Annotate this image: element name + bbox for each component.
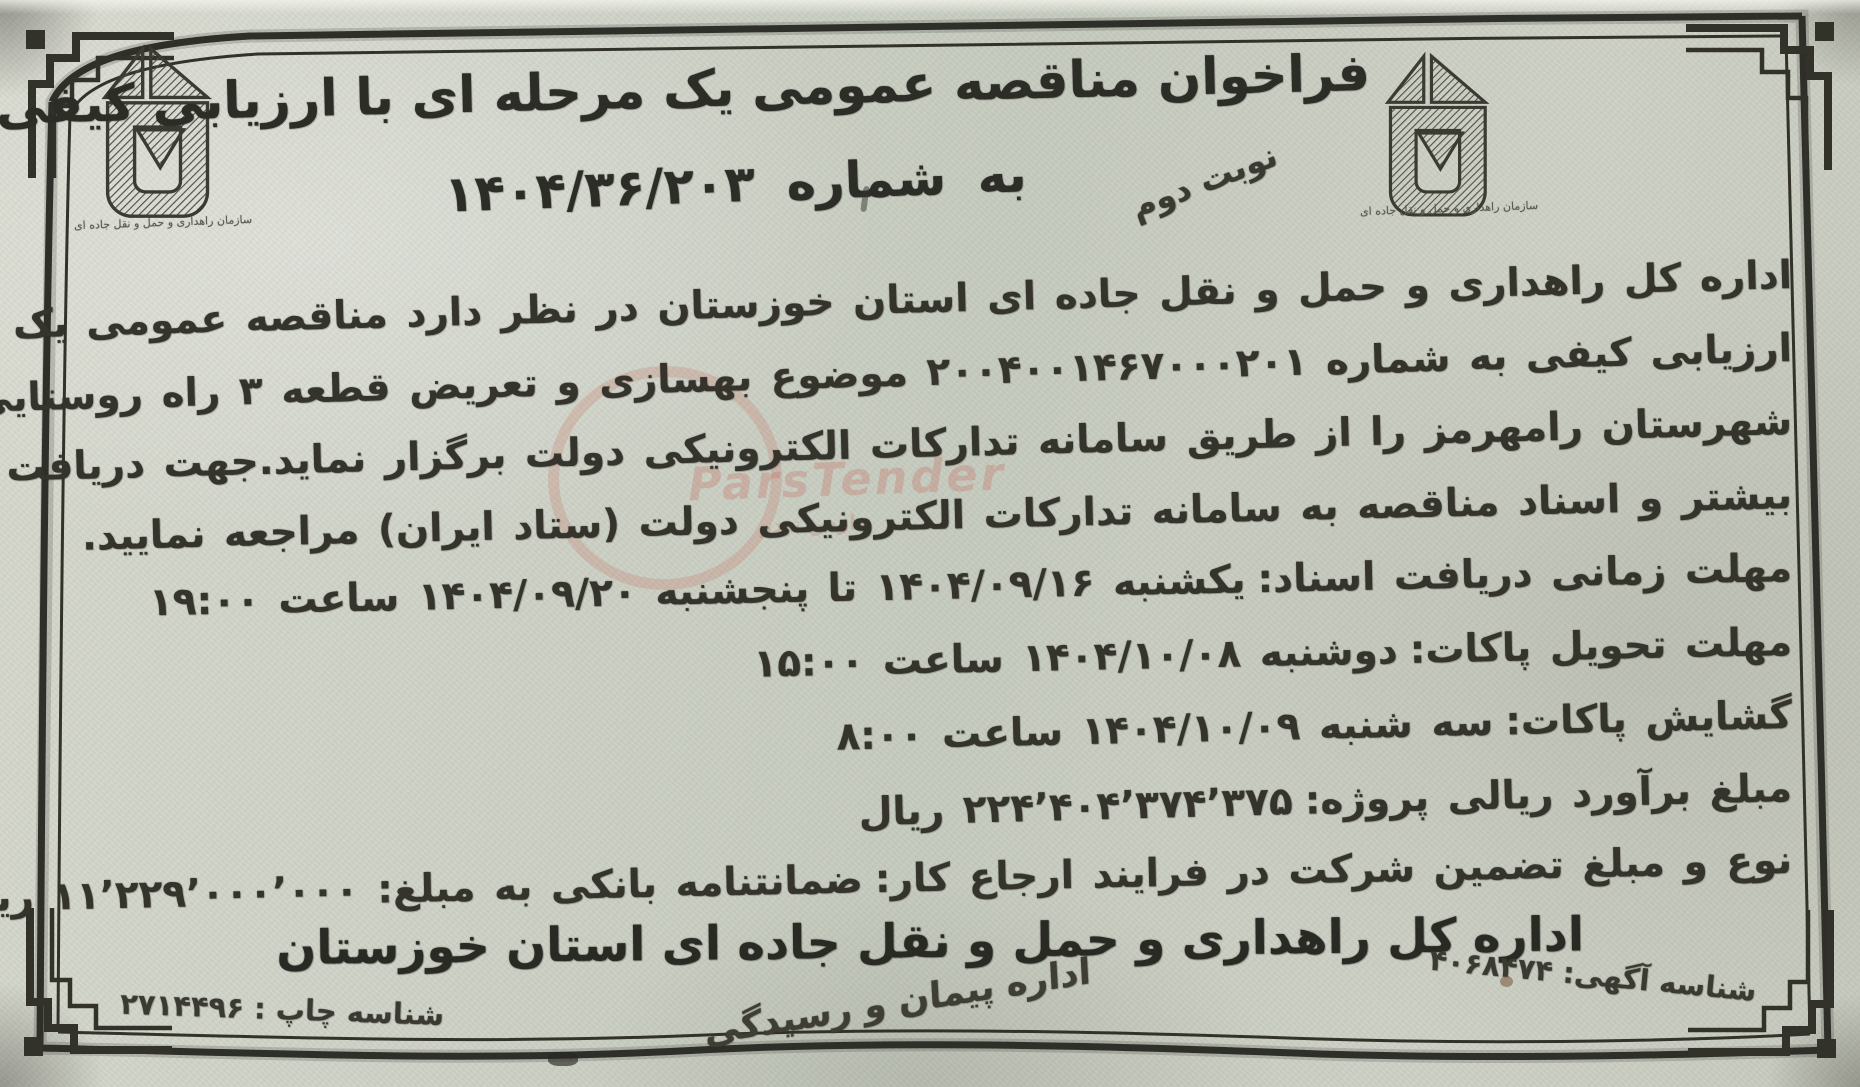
item-label: گشایش پاکات: [1505,693,1793,744]
item-value: ۲۲۴٬۴۰۴٬۳۷۴٬۳۷۵ ریال [858,779,1293,835]
newspaper-tender-ad: ParsTender پارس تندر سازمان راهداری و حم… [0,0,1860,1087]
ad-id-label: شناسه آگهی: [1561,955,1758,1007]
item-label: مهلت زمانی دریافت اسناد: [1257,546,1792,602]
item-value: یکشنبه ۱۴۰۴/۰۹/۱۶ تا پنجشنبه ۱۴۰۴/۰۹/۲۰ … [149,557,1246,625]
print-id-line: شناسه چاپ : ۲۷۱۴۴۹۶ [120,985,445,1035]
item-value: سه شنبه ۱۴۰۴/۱۰/۰۹ ساعت ۸:۰۰ [836,700,1494,760]
print-id-label: شناسه چاپ : [254,991,445,1032]
item-label: مهلت تحویل پاکات: [1409,620,1792,673]
item-value: ضمانتنامه بانکی به مبلغ: ۱۱٬۲۲۹٬۰۰۰٬۰۰۰ … [0,857,863,921]
schedule-item-envelope-delivery: مهلت تحویل پاکات:دوشنبه ۱۴۰۴/۱۰/۰۸ ساعت … [70,617,1793,705]
print-id-value: ۲۷۱۴۴۹۶ [120,987,245,1025]
tender-number-line: به شماره ۱۴۰۴/۳۶/۲۰۳ [349,138,1121,231]
road-org-logo-right [1388,56,1485,215]
schedule-item-envelope-opening: گشایش پاکات:سه شنبه ۱۴۰۴/۱۰/۰۹ ساعت ۸:۰۰ [70,690,1793,781]
logo-caption-left: سازمان راهداری و حمل و نقل جاده ای [74,213,253,232]
ink-blob [548,1052,578,1066]
round-label: نوبت دوم [1124,133,1283,229]
item-label: نوع و مبلغ تضمین شرکت در فرایند ارجاع کا… [874,838,1792,902]
item-value: دوشنبه ۱۴۰۴/۱۰/۰۸ ساعت ۱۵:۰۰ [753,628,1398,686]
item-label: مبلغ برآورد ریالی پروژه: [1304,766,1792,824]
page-title: فراخوان مناقصه عمومی یک مرحله ای با ارزی… [469,40,1370,129]
logo-caption-right: سازمان راهداری و حمل و نقل جاده ای [1360,199,1539,218]
